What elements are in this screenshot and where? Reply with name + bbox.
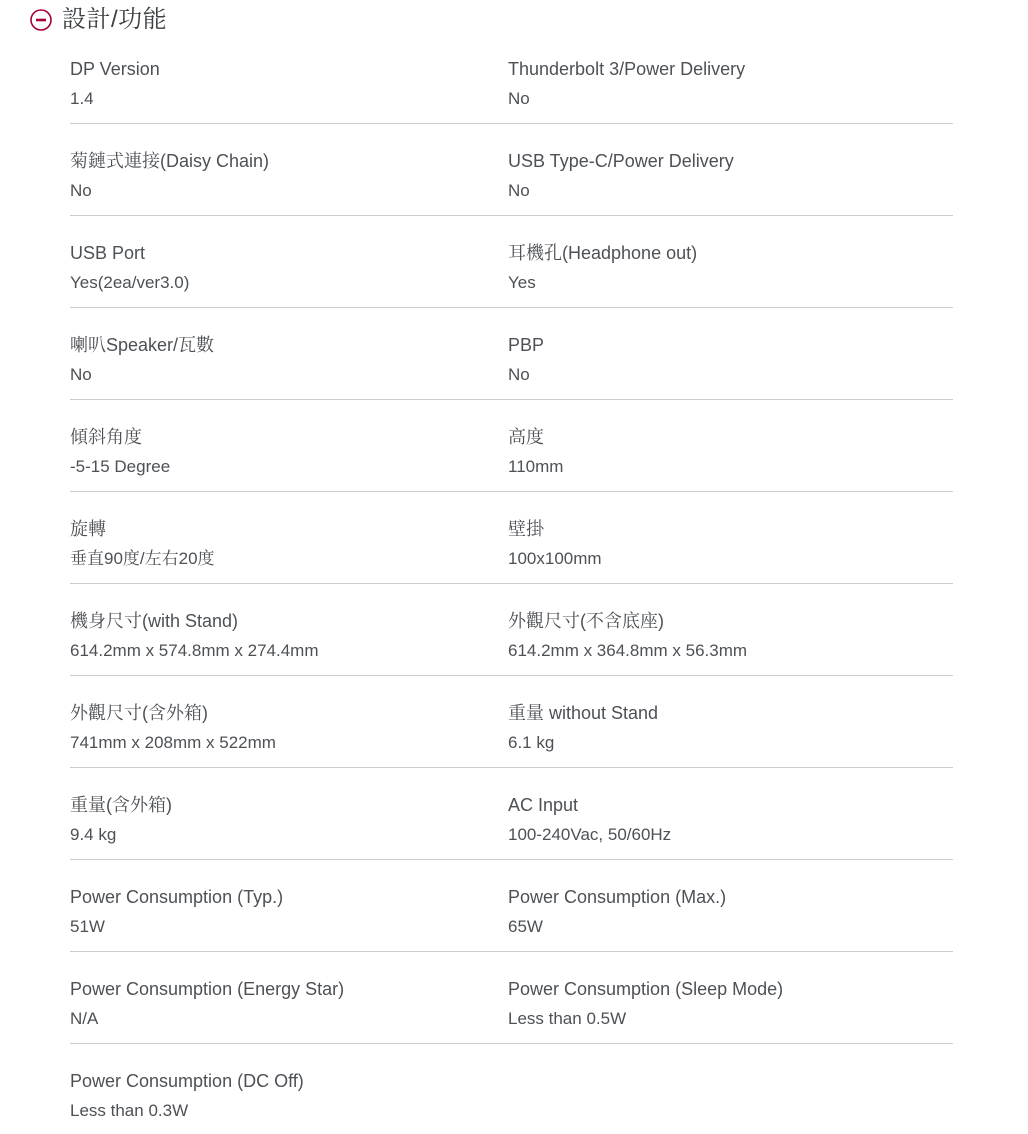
spec-row: USB Port Yes(2ea/ver3.0) 耳機孔(Headphone o… [70, 216, 953, 308]
spec-value: 65W [508, 915, 943, 939]
spec-cell-right: 重量 without Stand 6.1 kg [508, 676, 953, 767]
spec-label: Power Consumption (Max.) [508, 885, 943, 909]
spec-label: 重量 without Stand [508, 701, 943, 725]
spec-value: Less than 0.3W [70, 1099, 498, 1123]
spec-value: Yes [508, 271, 943, 295]
spec-cell-left: 傾斜角度 -5-15 Degree [70, 400, 508, 491]
spec-label: USB Port [70, 241, 498, 265]
spec-cell-right: 壁掛 100x100mm [508, 492, 953, 583]
spec-row: Power Consumption (Typ.) 51W Power Consu… [70, 860, 953, 952]
spec-label: 外觀尺寸(不含底座) [508, 609, 943, 633]
spec-label: Power Consumption (Sleep Mode) [508, 977, 943, 1001]
spec-label: 旋轉 [70, 517, 498, 541]
spec-row: DP Version 1.4 Thunderbolt 3/Power Deliv… [70, 32, 953, 124]
spec-row: 外觀尺寸(含外箱) 741mm x 208mm x 522mm 重量 witho… [70, 676, 953, 768]
spec-cell-right [508, 1044, 953, 1134]
spec-cell-left: 重量(含外箱) 9.4 kg [70, 768, 508, 859]
spec-cell-left: 喇叭Speaker/瓦數 No [70, 308, 508, 399]
spec-value: No [508, 87, 943, 111]
spec-value: 614.2mm x 364.8mm x 56.3mm [508, 639, 943, 663]
spec-label: 重量(含外箱) [70, 793, 498, 817]
spec-cell-right: 外觀尺寸(不含底座) 614.2mm x 364.8mm x 56.3mm [508, 584, 953, 675]
spec-table: DP Version 1.4 Thunderbolt 3/Power Deliv… [70, 32, 953, 1134]
spec-row: Power Consumption (DC Off) Less than 0.3… [70, 1044, 953, 1134]
spec-label: 耳機孔(Headphone out) [508, 241, 943, 265]
spec-cell-left: 旋轉 垂直90度/左右20度 [70, 492, 508, 583]
spec-value: No [508, 363, 943, 387]
spec-value: Less than 0.5W [508, 1007, 943, 1031]
spec-row: 菊鏈式連接(Daisy Chain) No USB Type-C/Power D… [70, 124, 953, 216]
section-header-design-function[interactable]: 設計/功能 [0, 0, 1028, 32]
spec-cell-left: DP Version 1.4 [70, 32, 508, 123]
spec-cell-left: Power Consumption (Typ.) 51W [70, 860, 508, 951]
spec-cell-right: Power Consumption (Sleep Mode) Less than… [508, 952, 953, 1043]
spec-cell-left: 外觀尺寸(含外箱) 741mm x 208mm x 522mm [70, 676, 508, 767]
spec-label: Power Consumption (DC Off) [70, 1069, 498, 1093]
spec-value: No [70, 363, 498, 387]
spec-cell-left: Power Consumption (DC Off) Less than 0.3… [70, 1044, 508, 1134]
spec-row: 傾斜角度 -5-15 Degree 高度 110mm [70, 400, 953, 492]
spec-value: 614.2mm x 574.8mm x 274.4mm [70, 639, 498, 663]
spec-cell-right: Power Consumption (Max.) 65W [508, 860, 953, 951]
spec-row: Power Consumption (Energy Star) N/A Powe… [70, 952, 953, 1044]
spec-label: AC Input [508, 793, 943, 817]
spec-value: 垂直90度/左右20度 [70, 547, 498, 571]
spec-value: Yes(2ea/ver3.0) [70, 271, 498, 295]
spec-cell-right: Thunderbolt 3/Power Delivery No [508, 32, 953, 123]
spec-row: 機身尺寸(with Stand) 614.2mm x 574.8mm x 274… [70, 584, 953, 676]
spec-value: 110mm [508, 455, 943, 479]
spec-label: PBP [508, 333, 943, 357]
spec-value: No [70, 179, 498, 203]
section-title: 設計/功能 [62, 6, 167, 34]
spec-cell-right: 耳機孔(Headphone out) Yes [508, 216, 953, 307]
spec-row: 重量(含外箱) 9.4 kg AC Input 100-240Vac, 50/6… [70, 768, 953, 860]
spec-cell-right: AC Input 100-240Vac, 50/60Hz [508, 768, 953, 859]
spec-cell-left: 菊鏈式連接(Daisy Chain) No [70, 124, 508, 215]
spec-label: 喇叭Speaker/瓦數 [70, 333, 498, 357]
spec-row: 旋轉 垂直90度/左右20度 壁掛 100x100mm [70, 492, 953, 584]
spec-row: 喇叭Speaker/瓦數 No PBP No [70, 308, 953, 400]
spec-label: USB Type-C/Power Delivery [508, 149, 943, 173]
spec-label: DP Version [70, 57, 498, 81]
spec-cell-left: USB Port Yes(2ea/ver3.0) [70, 216, 508, 307]
spec-label: 壁掛 [508, 517, 943, 541]
spec-cell-right: PBP No [508, 308, 953, 399]
spec-cell-left: 機身尺寸(with Stand) 614.2mm x 574.8mm x 274… [70, 584, 508, 675]
spec-value: N/A [70, 1007, 498, 1031]
spec-label: Power Consumption (Typ.) [70, 885, 498, 909]
spec-value: 9.4 kg [70, 823, 498, 847]
spec-cell-left: Power Consumption (Energy Star) N/A [70, 952, 508, 1043]
spec-label: Power Consumption (Energy Star) [70, 977, 498, 1001]
spec-label: 菊鏈式連接(Daisy Chain) [70, 149, 498, 173]
spec-label: 高度 [508, 425, 943, 449]
spec-value: 6.1 kg [508, 731, 943, 755]
spec-value: 741mm x 208mm x 522mm [70, 731, 498, 755]
spec-label: 機身尺寸(with Stand) [70, 609, 498, 633]
spec-value: -5-15 Degree [70, 455, 498, 479]
spec-value: 51W [70, 915, 498, 939]
spec-value: 100-240Vac, 50/60Hz [508, 823, 943, 847]
spec-label: Thunderbolt 3/Power Delivery [508, 57, 943, 81]
spec-cell-right: 高度 110mm [508, 400, 953, 491]
spec-value: 100x100mm [508, 547, 943, 571]
collapse-minus-icon[interactable] [30, 9, 52, 31]
spec-label: 傾斜角度 [70, 425, 498, 449]
spec-cell-right: USB Type-C/Power Delivery No [508, 124, 953, 215]
spec-label: 外觀尺寸(含外箱) [70, 701, 498, 725]
spec-value: 1.4 [70, 87, 498, 111]
spec-value: No [508, 179, 943, 203]
